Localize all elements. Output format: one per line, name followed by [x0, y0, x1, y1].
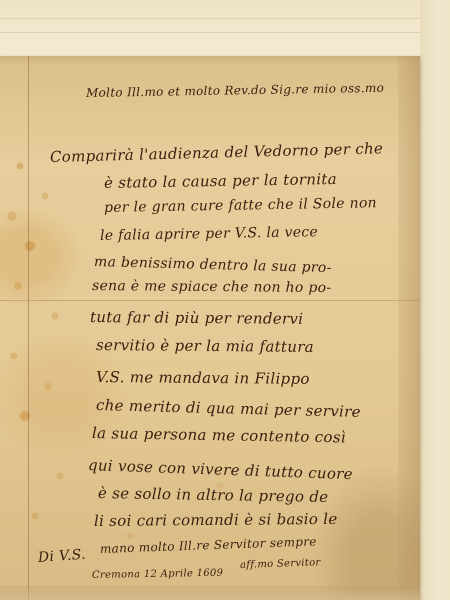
body-line-10: che merito di qua mai per servire: [96, 396, 361, 421]
salutation: Molto Ill.mo et molto Rev.do Sig.re mio …: [86, 81, 384, 100]
closing-line-2: aff.mo Servitor: [240, 557, 321, 571]
letter-paper: Molto Ill.mo et molto Rev.do Sig.re mio …: [0, 56, 420, 600]
body-line-8: servitio è per la mia fattura: [96, 336, 314, 356]
paper-top-edge: [0, 56, 420, 66]
body-line-7: tuta far di più per rendervi: [90, 308, 303, 328]
fold-line-horizontal: [0, 300, 420, 301]
body-line-4: le falia aprire per V.S. la vece: [100, 224, 318, 244]
backdrop-line: [0, 32, 450, 33]
body-line-6: sena è me spiace che non ho po-: [92, 278, 332, 296]
body-line-14: li soi cari comandi è si basio le: [94, 510, 338, 530]
paper-right-margin: [398, 56, 420, 600]
body-line-2: è stato la causa per la tornita: [104, 170, 337, 192]
backdrop-line: [0, 18, 450, 19]
body-line-12: qui vose con vivere di tutto cuore: [88, 456, 353, 483]
closing-place-date: Cremona 12 Aprile 1609: [92, 568, 223, 581]
backdrop-mount: [420, 0, 450, 600]
body-line-13: è se sollo in altro la prego de: [98, 484, 329, 506]
body-line-9: V.S. me mandava in Filippo: [96, 368, 310, 388]
body-line-11: la sua persona me contento così: [92, 424, 346, 446]
body-line-1: Comparirà l'audienza del Vedorno per che: [50, 139, 384, 166]
body-line-5: ma benissimo dentro la sua pro-: [94, 254, 332, 276]
fold-line-vertical: [28, 56, 29, 600]
body-line-3: per le gran cure fatte che il Sole non: [104, 195, 377, 216]
paper-bottom-edge: [0, 586, 420, 600]
closing-line-1: mano molto Ill.re Servitor sempre: [100, 534, 317, 556]
closing-left: Di V.S.: [37, 547, 86, 566]
